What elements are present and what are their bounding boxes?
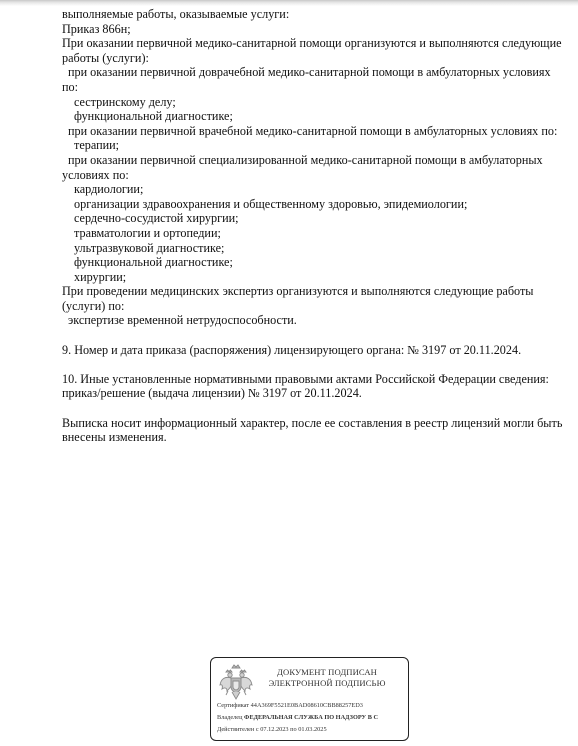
document-line: кардиологии; [62,182,562,197]
document-line: сестринскому делу; [62,95,562,110]
valid-to-label: по [290,726,297,733]
document-line: 10. Иные установленные нормативными прав… [62,372,562,387]
document-line: функциональной диагностике; [62,255,562,270]
certificate-label: Сертификат [217,702,249,709]
stamp-title-line1: ДОКУМЕНТ ПОДПИСАН [257,667,397,678]
document-line: при оказании первичной доврачебной медик… [62,65,562,80]
document-line: выполняемые работы, оказываемые услуги: [62,7,562,22]
valid-label: Действителен с [217,726,259,733]
document-line: терапии; [62,138,562,153]
document-line: внесены изменения. [62,430,562,445]
document-line: Приказ 866н; [62,22,562,37]
document-line: функциональной диагностике; [62,109,562,124]
document-line: травматологии и ортопедии; [62,226,562,241]
document-line: работы (услуги): [62,51,562,66]
blank-line [62,401,562,416]
viewer-top-shadow [0,0,578,6]
document-line: организации здравоохранения и общественн… [62,197,562,212]
document-line: При оказании первичной медико-санитарной… [62,36,562,51]
blank-line [62,357,562,372]
document-line: сердечно-сосудистой хирургии; [62,211,562,226]
document-line: при оказании первичной специализированно… [62,153,562,168]
certificate-value: 44A369F5521E0BAD08610CBB88257ED3 [251,702,363,709]
owner-value: ФЕДЕРАЛЬНАЯ СЛУЖБА ПО НАДЗОРУ В С [244,714,378,721]
stamp-validity-row: Действителен с 07.12.2023 по 01.03.2025 [217,726,327,734]
stamp-title: ДОКУМЕНТ ПОДПИСАН ЭЛЕКТРОННОЙ ПОДПИСЬЮ [257,667,397,688]
document-line: по: [62,80,562,95]
electronic-signature-stamp: ДОКУМЕНТ ПОДПИСАН ЭЛЕКТРОННОЙ ПОДПИСЬЮ С… [210,657,409,741]
document-line: ультразвуковой диагностике; [62,241,562,256]
owner-label: Владелец [217,714,242,721]
stamp-owner-row: Владелец ФЕДЕРАЛЬНАЯ СЛУЖБА ПО НАДЗОРУ В… [217,714,378,722]
valid-to: 01.03.2025 [298,726,326,733]
document-line: При проведении медицинских экспертиз орг… [62,284,562,299]
document-line: хирургии; [62,270,562,285]
valid-from: 07.12.2023 [260,726,288,733]
document-line: при оказании первичной врачебной медико-… [62,124,562,139]
blank-line [62,328,562,343]
document-line: (услуги) по: [62,299,562,314]
document-line: 9. Номер и дата приказа (распоряжения) л… [62,343,562,358]
stamp-title-line2: ЭЛЕКТРОННОЙ ПОДПИСЬЮ [257,678,397,689]
document-line: приказ/решение (выдача лицензии) № 3197 … [62,386,562,401]
document-page: выполняемые работы, оказываемые услуги:П… [62,7,562,445]
document-line: Выписка носит информационный характер, п… [62,416,562,431]
document-line: условиях по: [62,168,562,183]
russian-coat-of-arms-icon [219,663,253,701]
stamp-certificate-row: Сертификат 44A369F5521E0BAD08610CBB88257… [217,702,363,710]
document-line: экспертизе временной нетрудоспособности. [62,313,562,328]
